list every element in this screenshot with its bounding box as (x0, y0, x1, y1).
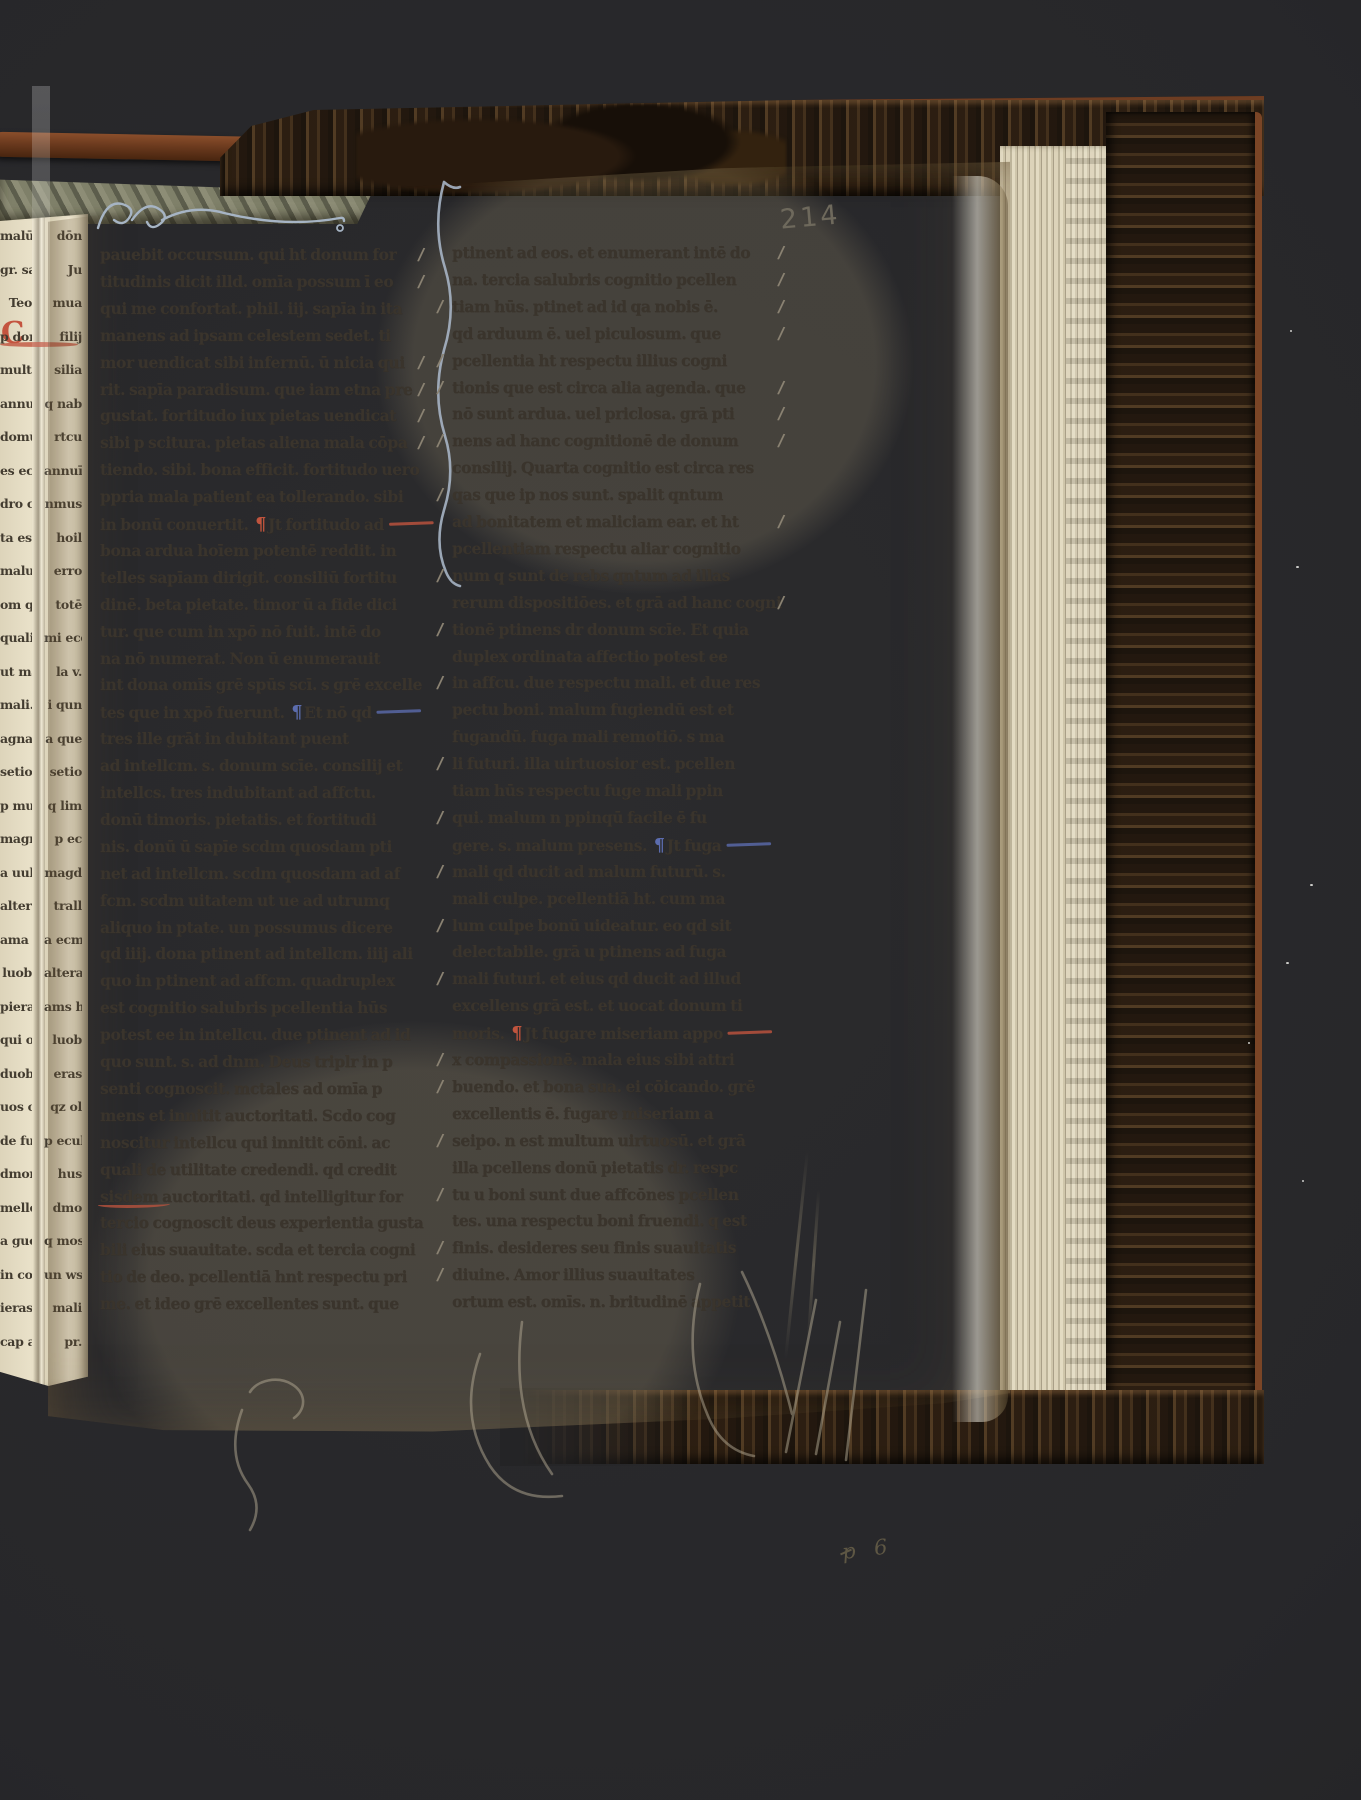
text-line: senti cognoscit. mctales ad omīa p (100, 1079, 382, 1098)
clipped-text-fragment: dro cec (0, 496, 32, 511)
clipped-text-fragment: magno (0, 831, 32, 846)
text-run: Jt fuga (667, 836, 722, 855)
text-run: gere. s. malum presens. (452, 836, 651, 855)
page-edge-curl (952, 176, 1008, 1422)
clipped-text-fragment: setio (0, 764, 32, 779)
text-line: qd iiij. dona ptinent ad intellcm. iiij … (100, 944, 413, 963)
text-line: quo in ptinent ad affcm. quadruplex (100, 971, 395, 990)
text-line: nens ad hanc cognitionē de donum (452, 431, 738, 450)
text-line: in bonū conuertit. ¶Jt fortitudo ad (100, 514, 433, 535)
clipped-text-fragment: agna b (0, 731, 32, 746)
text-line: tur. que cum in xpō nō fuit. intē do (100, 622, 381, 641)
text-line: excellens grā est. et uocat donum ti (452, 996, 742, 1015)
text-line: pcellentiam respectu aliar cognitio (452, 539, 741, 558)
text-run: Et nō qd (304, 703, 372, 722)
text-line: mor uendicat sibi infernū. ū nicia qui (100, 353, 405, 372)
text-line: donū timoris. pietatis. et fortitudi (100, 810, 376, 829)
clipped-text-fragment: cap a (0, 1334, 32, 1349)
text-line: titudinis dicit illd. omīa possum ī eo (100, 272, 393, 291)
text-line: ptinent ad eos. et enumerant intē do (452, 243, 750, 262)
text-run: moris. (452, 1024, 509, 1043)
page-stack-fore-edge (1000, 146, 1114, 1438)
text-run: in bonū conuertit. (100, 515, 252, 534)
text-line: pectu boni. malum fugiendū est et (452, 700, 734, 719)
clipped-text-fragment: mali. s (0, 697, 32, 712)
clipped-text-fragment: malum (0, 563, 32, 578)
clipped-text-fragment: de fu (0, 1133, 32, 1148)
text-line: nō sunt ardua. uel priclosa. grā pti (452, 404, 734, 423)
clipped-text-fragment: alterā (0, 898, 32, 913)
paraph-flourish (726, 842, 771, 847)
text-line: tionis que est circa alia agenda. que (452, 378, 746, 397)
paraph-mark: ¶ (291, 702, 302, 723)
text-line: est cognitio salubris pcellentia hūs (100, 998, 387, 1017)
clipped-text-fragment: ieras (0, 1300, 32, 1315)
text-line: quo sunt. s. ad dnm. Deus triplr in p (100, 1052, 392, 1071)
paraph-flourish (389, 521, 434, 526)
leather-cover-right-edge (1106, 112, 1262, 1464)
text-line: net ad intellcm. scdm quosdam ad af (100, 864, 400, 883)
paraph-mark: ¶ (511, 1023, 522, 1044)
text-run: tes que in xpō fuerunt. (100, 703, 288, 722)
clipped-text-fragment: annuī (0, 396, 32, 411)
text-line: tercio cognoscit deus experientia gusta (100, 1213, 423, 1232)
text-line: fcm. scdm uitatem ut ue ad utrumq (100, 891, 390, 910)
text-line: ad bonitatem et maliciam ear. et ht (452, 512, 739, 531)
text-line: tiam hūs respectu fuge mali ppin (452, 781, 723, 800)
manuscript-photo: C malūgr. sapTeop domīmultaannuīdomūes e… (0, 0, 1361, 1800)
clipped-text-fragment: qui os (0, 1032, 32, 1047)
text-line: qas que ip nos sunt. spalit qntum (452, 485, 723, 504)
clipped-text-fragment: ut malo (0, 664, 32, 679)
clipped-text-fragment: es ecc (0, 463, 32, 478)
text-line: na nō numerat. Non ū enumerauit (100, 649, 380, 668)
text-line: qui me confortat. phil. iij. sapīa in it… (100, 299, 402, 318)
clipped-text-fragment: meller (0, 1200, 32, 1215)
text-line: potest ee in intellcu. due ptinent ad id (100, 1025, 411, 1044)
text-line: telles sapīam dirigit. consiliū fortitu (100, 568, 397, 587)
pencil-doodles (180, 1260, 900, 1590)
text-line: tes. una respectu boni fruendi. q est (452, 1211, 747, 1230)
clipped-text-fragment: uos ol (0, 1099, 32, 1114)
clipped-text-fragment: Teo (0, 295, 32, 310)
text-line: rerum dispositiōes. et grā ad hanc cogni (452, 593, 782, 612)
text-line: buendo. et bona sua. ei cōicando. grē (452, 1077, 755, 1096)
text-line: dinē. beta pietate. timor ū a fide dici (100, 595, 397, 614)
paraph-mark: ¶ (654, 835, 665, 856)
text-line: seipo. n est multum uirtuosū. et grā (452, 1131, 746, 1150)
text-line: na. tercia salubris cognitio pcellen (452, 270, 736, 289)
text-line: tes que in xpō fuerunt. ¶Et nō qd (100, 702, 421, 723)
text-run: Jt fugare miseriam appo (524, 1024, 723, 1043)
paraph-flourish (728, 1030, 773, 1035)
text-line: qui. malum n ppinqū facile ē fu (452, 808, 707, 827)
text-line: int dona omīs grē spūs scī. s grē excell… (100, 675, 422, 694)
text-line: quali de utilitate credendi. qd credit (100, 1160, 396, 1179)
text-line: noscitur intellcu qui innitit cōni. ac (100, 1133, 390, 1152)
text-line: in affcu. due respectu mali. et due res (452, 673, 760, 692)
dust-speck (1248, 1042, 1250, 1044)
text-line: bona ardua hoīem potentē reddit. in (100, 541, 396, 560)
text-line: qd arduum ē. uel piculosum. que (452, 324, 721, 343)
text-run: Jt fortitudo ad (268, 515, 384, 534)
text-line: gere. s. malum presens. ¶Jt fuga (452, 835, 771, 856)
clipped-text-fragment: a guo (0, 1233, 32, 1248)
clipped-text-fragment: qualit (0, 630, 32, 645)
text-line: fugandū. fuga mali remotiō. s ma (452, 727, 724, 746)
text-line: aliquo in ptate. un possumus dicere (100, 918, 393, 937)
clipped-text-fragment: in co (0, 1267, 32, 1282)
dust-speck (1310, 884, 1313, 886)
text-line: pcellentia ht respectu illius cogni (452, 351, 727, 370)
text-line: tiendo. sibi. bona efficit. fortitudo ue… (100, 460, 419, 479)
text-line: tres ille grāt in dubitant puent (100, 729, 349, 748)
text-line: bili eius suauitate. scda et tercia cogn… (100, 1240, 415, 1259)
text-line: gustat. fortitudo iux pietas uendicat (100, 406, 396, 425)
clipped-text-fragment: luob (0, 965, 32, 980)
text-line: ppria mala patient ea tollerando. sibi (100, 487, 403, 506)
text-line: mali futuri. et eius qd ducit ad illud (452, 969, 741, 988)
text-line: mali culpe. pcellentiā ht. cum ma (452, 889, 725, 908)
clipped-text-fragment: pieras (0, 999, 32, 1014)
text-line: delectabile. grā u ptinens ad fuga (452, 942, 726, 961)
clipped-text-fragment: dmor (0, 1166, 32, 1181)
clipped-text-fragment: a uult (0, 865, 32, 880)
dust-speck (1286, 962, 1289, 964)
text-line: sibi p scitura. pietas aliena mala cōpa (100, 433, 408, 452)
text-line: mali qd ducit ad malum futurū. s. (452, 862, 726, 881)
text-line: illa pcellens donū pietatis dr. respc (452, 1158, 738, 1177)
glass-glare-strip (32, 86, 50, 1326)
clipped-text-fragment: malū (0, 228, 32, 243)
text-line: li futuri. illa uirtuosior est. pcellen (452, 754, 735, 773)
text-line: duplex ordinata affectio potest ee (452, 647, 728, 666)
clipped-text-fragment: duob (0, 1066, 32, 1081)
text-line: rit. sapīa paradisum. que iam etna pre (100, 380, 412, 399)
clipped-text-fragment: multa (0, 362, 32, 377)
clipped-text-fragment: p domī (0, 329, 32, 344)
text-line: tiam hūs. ptinet ad id qa nobis ē. (452, 297, 718, 316)
text-line: lum culpe bonū uideatur. eo qd sit (452, 916, 731, 935)
text-line: nis. donū ū sapīe scdm quosdam pti (100, 837, 392, 856)
clipped-text-fragment: gr. sap (0, 262, 32, 277)
text-line: tu u boni sunt due affcōnes pcellen (452, 1185, 739, 1204)
text-line: excellentis ē. fugare miseriam a (452, 1104, 713, 1123)
text-line: num q sunt de rebs qntum ad illas (452, 566, 730, 585)
paraph-flourish (377, 709, 422, 714)
penwork-swirl-icon (88, 188, 348, 248)
clipped-text-fragment: om qual (0, 597, 32, 612)
folio-number: 214 (779, 199, 842, 235)
text-line: x compassionē. mala eius sibi attri (452, 1050, 734, 1069)
clipped-text-fragment: domū (0, 429, 32, 444)
text-line: intellcs. tres indubitant ad affctu. (100, 783, 376, 802)
clipped-text-fragment: ta esco (0, 530, 32, 545)
paraph-mark: ¶ (255, 514, 266, 535)
text-line: pauebit occursum. qui ht donum for (100, 245, 396, 264)
text-line: consilij. Quarta cognitio est circa res (452, 458, 754, 477)
dust-speck (1290, 330, 1292, 332)
clipped-text-fragment: p muos (0, 798, 32, 813)
text-line: tionē ptinens dr donum scīe. Et quia (452, 620, 749, 639)
red-penwork-flourish (98, 1201, 170, 1208)
text-line: moris. ¶Jt fugare miseriam appo (452, 1023, 772, 1044)
text-line: ad intellcm. s. donum scīe. consilij et (100, 756, 402, 775)
text-line: manens ad ipsam celestem sedet. ti (100, 326, 391, 345)
text-line: mens et innitit auctoritati. Scdo cog (100, 1106, 395, 1125)
clipped-text-fragment: ama d (0, 932, 32, 947)
text-line: finis. desideres seu finis suauitatis (452, 1238, 736, 1257)
dust-speck (1296, 566, 1299, 568)
dust-speck (1302, 1180, 1304, 1182)
